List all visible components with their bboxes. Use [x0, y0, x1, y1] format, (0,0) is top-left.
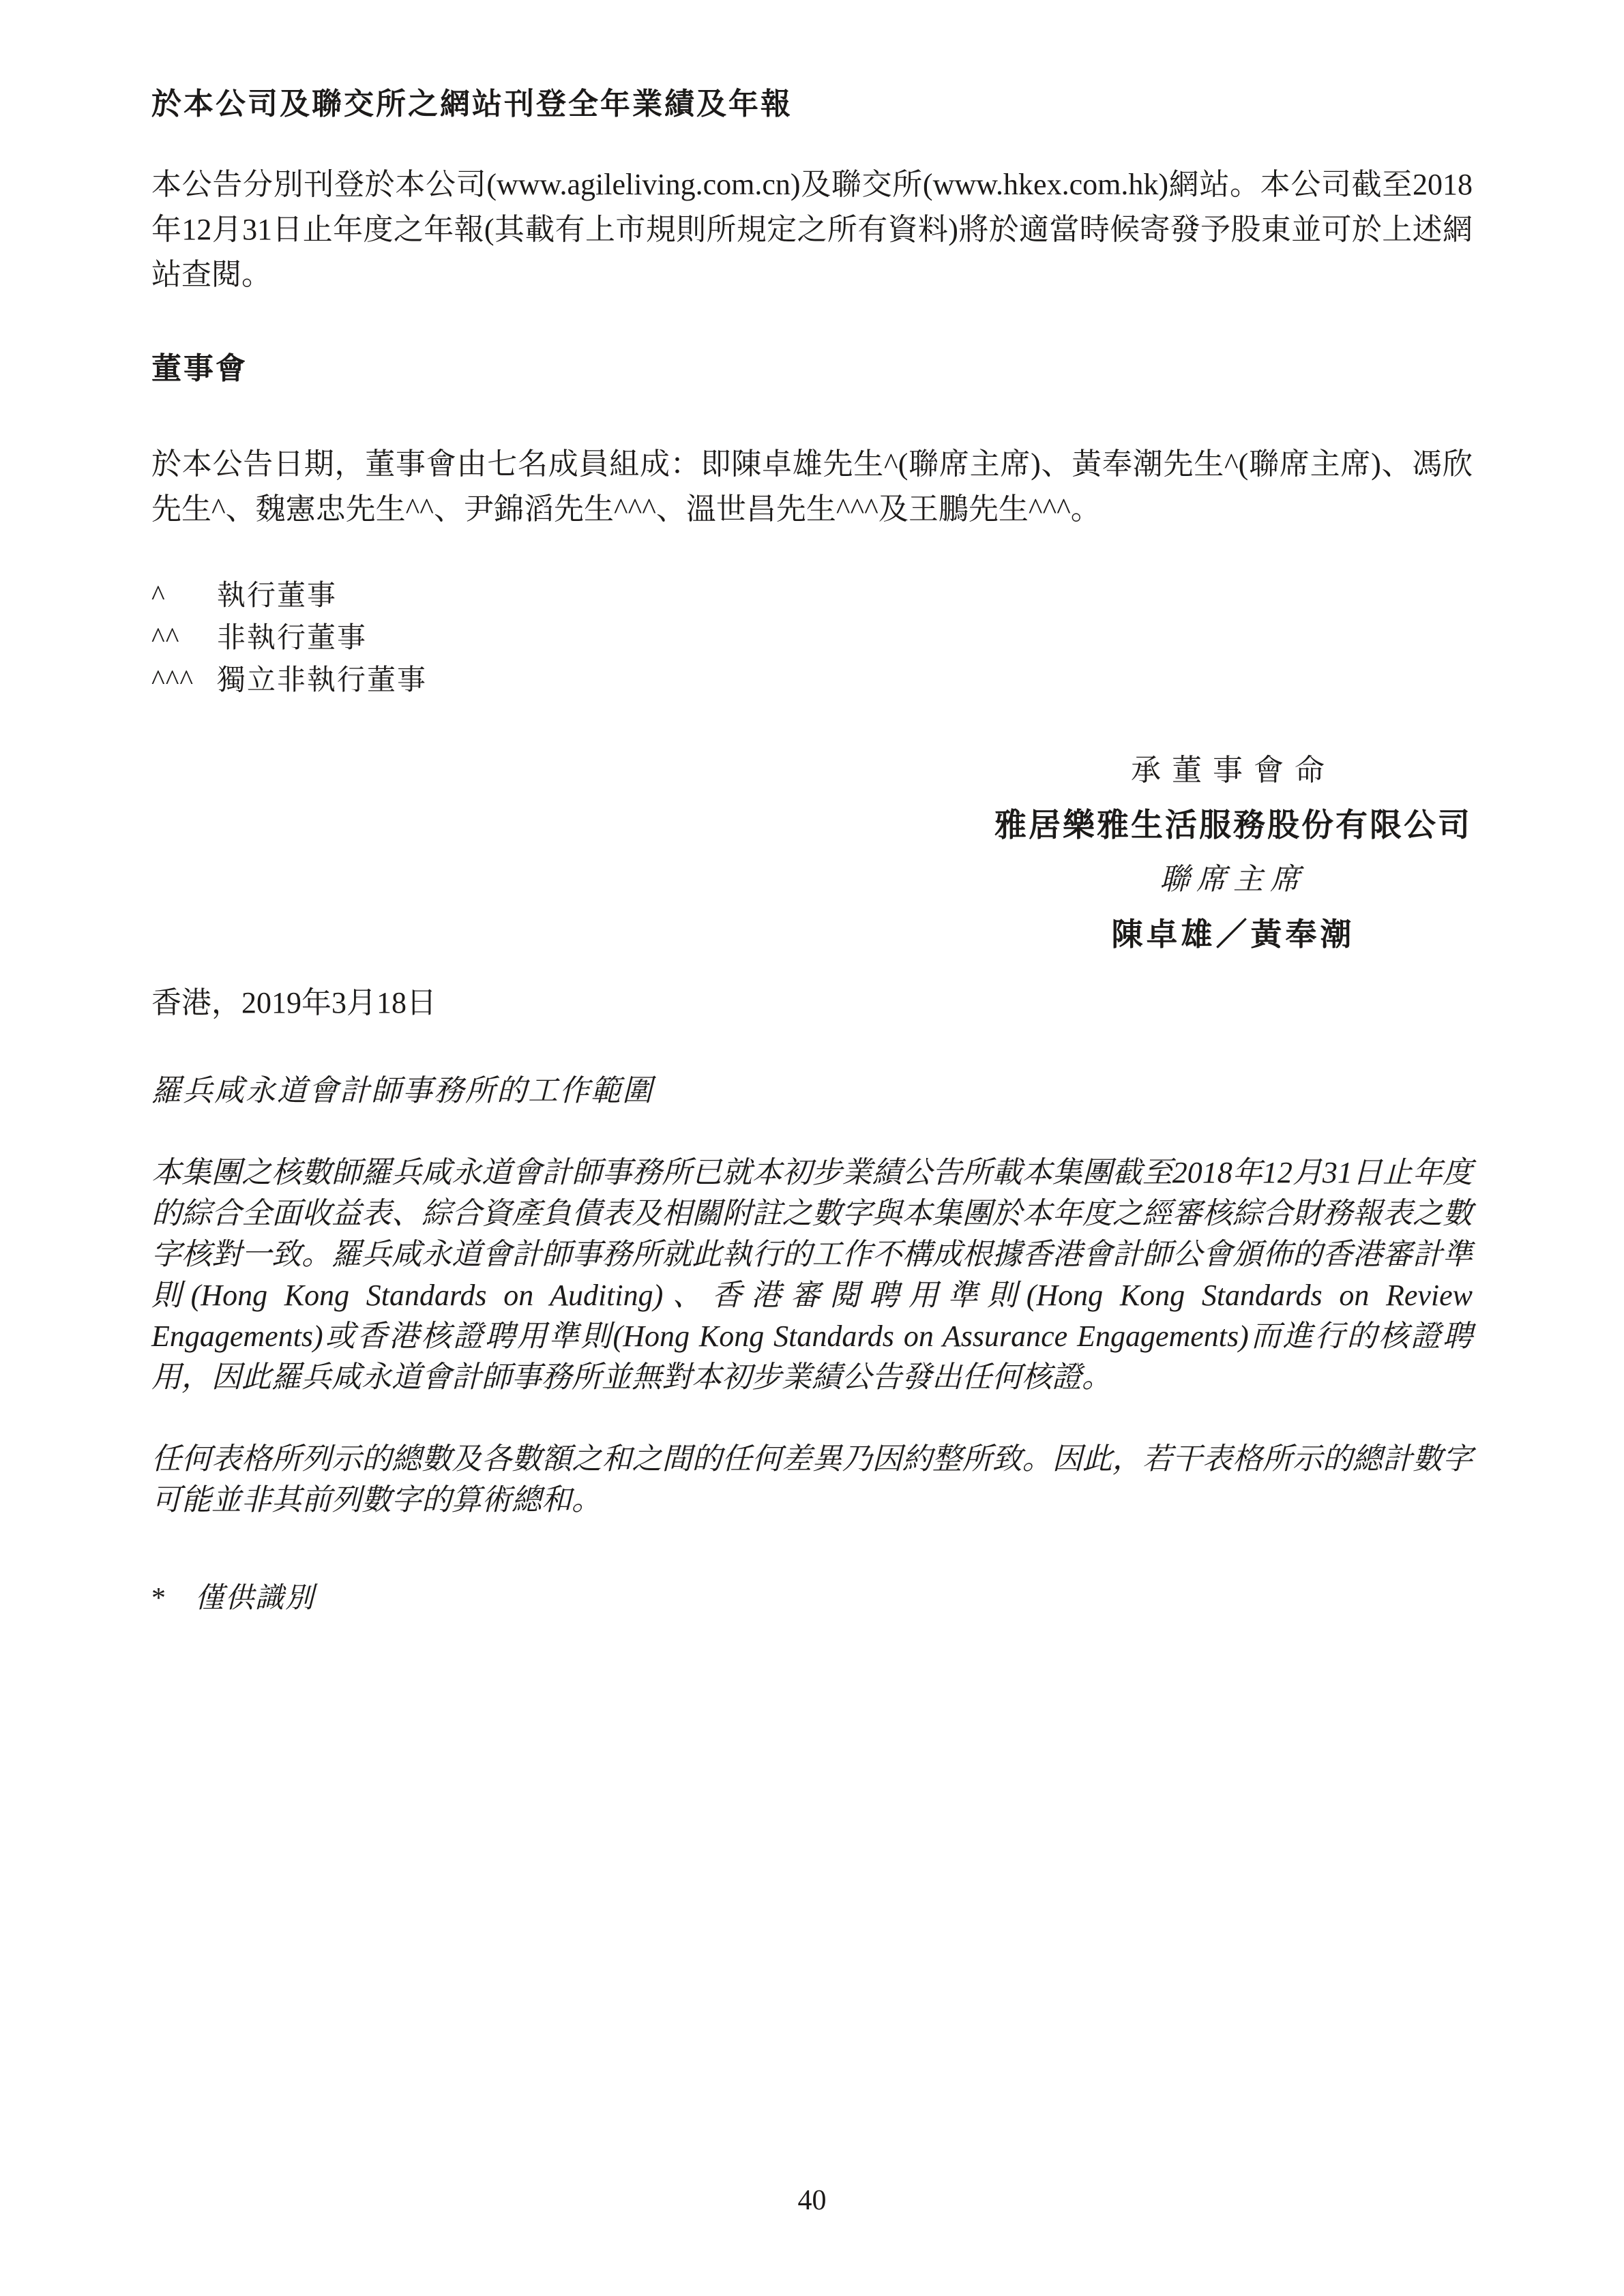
dateline: 香港，2019年3月18日 — [151, 982, 437, 1024]
legend-mark: ^^ — [151, 617, 217, 659]
identification-footnote: * 僅供識別 — [151, 1579, 315, 1617]
legend-mark: ^^^ — [151, 659, 217, 702]
signature-company-name: 雅居樂雅生活服務股份有限公司 — [994, 798, 1472, 852]
auditor-scope-paragraph: 本集團之核數師羅兵咸永道會計師事務所已就本初步業績公告所載本集團截至2018年1… — [151, 1152, 1473, 1398]
legend-row-independent-non-executive: ^^^ 獨立非執行董事 — [151, 659, 427, 702]
legend-row-non-executive: ^^ 非執行董事 — [151, 617, 427, 659]
footnote-label: 僅供識別 — [195, 1579, 315, 1617]
signature-block: 承董事會命 雅居樂雅生活服務股份有限公司 聯席主席 陳卓雄／黃奉潮 — [994, 743, 1472, 961]
signature-names: 陳卓雄／黃奉潮 — [994, 907, 1472, 961]
section-heading-board: 董事會 — [151, 348, 248, 390]
signature-by-order-line: 承董事會命 — [994, 743, 1472, 798]
page-title: 於本公司及聯交所之網站刊登全年業績及年報 — [151, 83, 793, 125]
legend-label: 非執行董事 — [217, 617, 367, 659]
para-board-composition: 於本公告日期，董事會由七名成員組成：即陳卓雄先生^(聯席主席)、黃奉潮先生^(聯… — [151, 442, 1473, 532]
legend-label: 獨立非執行董事 — [217, 659, 427, 702]
para-publication: 本公告分別刊登於本公司(www.agileliving.com.cn)及聯交所(… — [151, 162, 1473, 297]
footnote-asterisk: * — [151, 1579, 195, 1617]
page-number: 40 — [0, 2183, 1624, 2218]
rounding-note-paragraph: 任何表格所列示的總數及各數額之和之間的任何差異乃因約整所致。因此，若干表格所示的… — [151, 1439, 1473, 1521]
signature-role: 聯席主席 — [994, 852, 1472, 907]
director-type-legend: ^ 執行董事 ^^ 非執行董事 ^^^ 獨立非執行董事 — [151, 575, 427, 702]
legend-row-executive: ^ 執行董事 — [151, 575, 427, 617]
legend-label: 執行董事 — [217, 575, 337, 617]
document-page: 於本公司及聯交所之網站刊登全年業績及年報 本公告分別刊登於本公司(www.agi… — [0, 0, 1624, 2296]
auditor-scope-heading: 羅兵咸永道會計師事務所的工作範圍 — [151, 1071, 653, 1112]
legend-mark: ^ — [151, 575, 217, 617]
